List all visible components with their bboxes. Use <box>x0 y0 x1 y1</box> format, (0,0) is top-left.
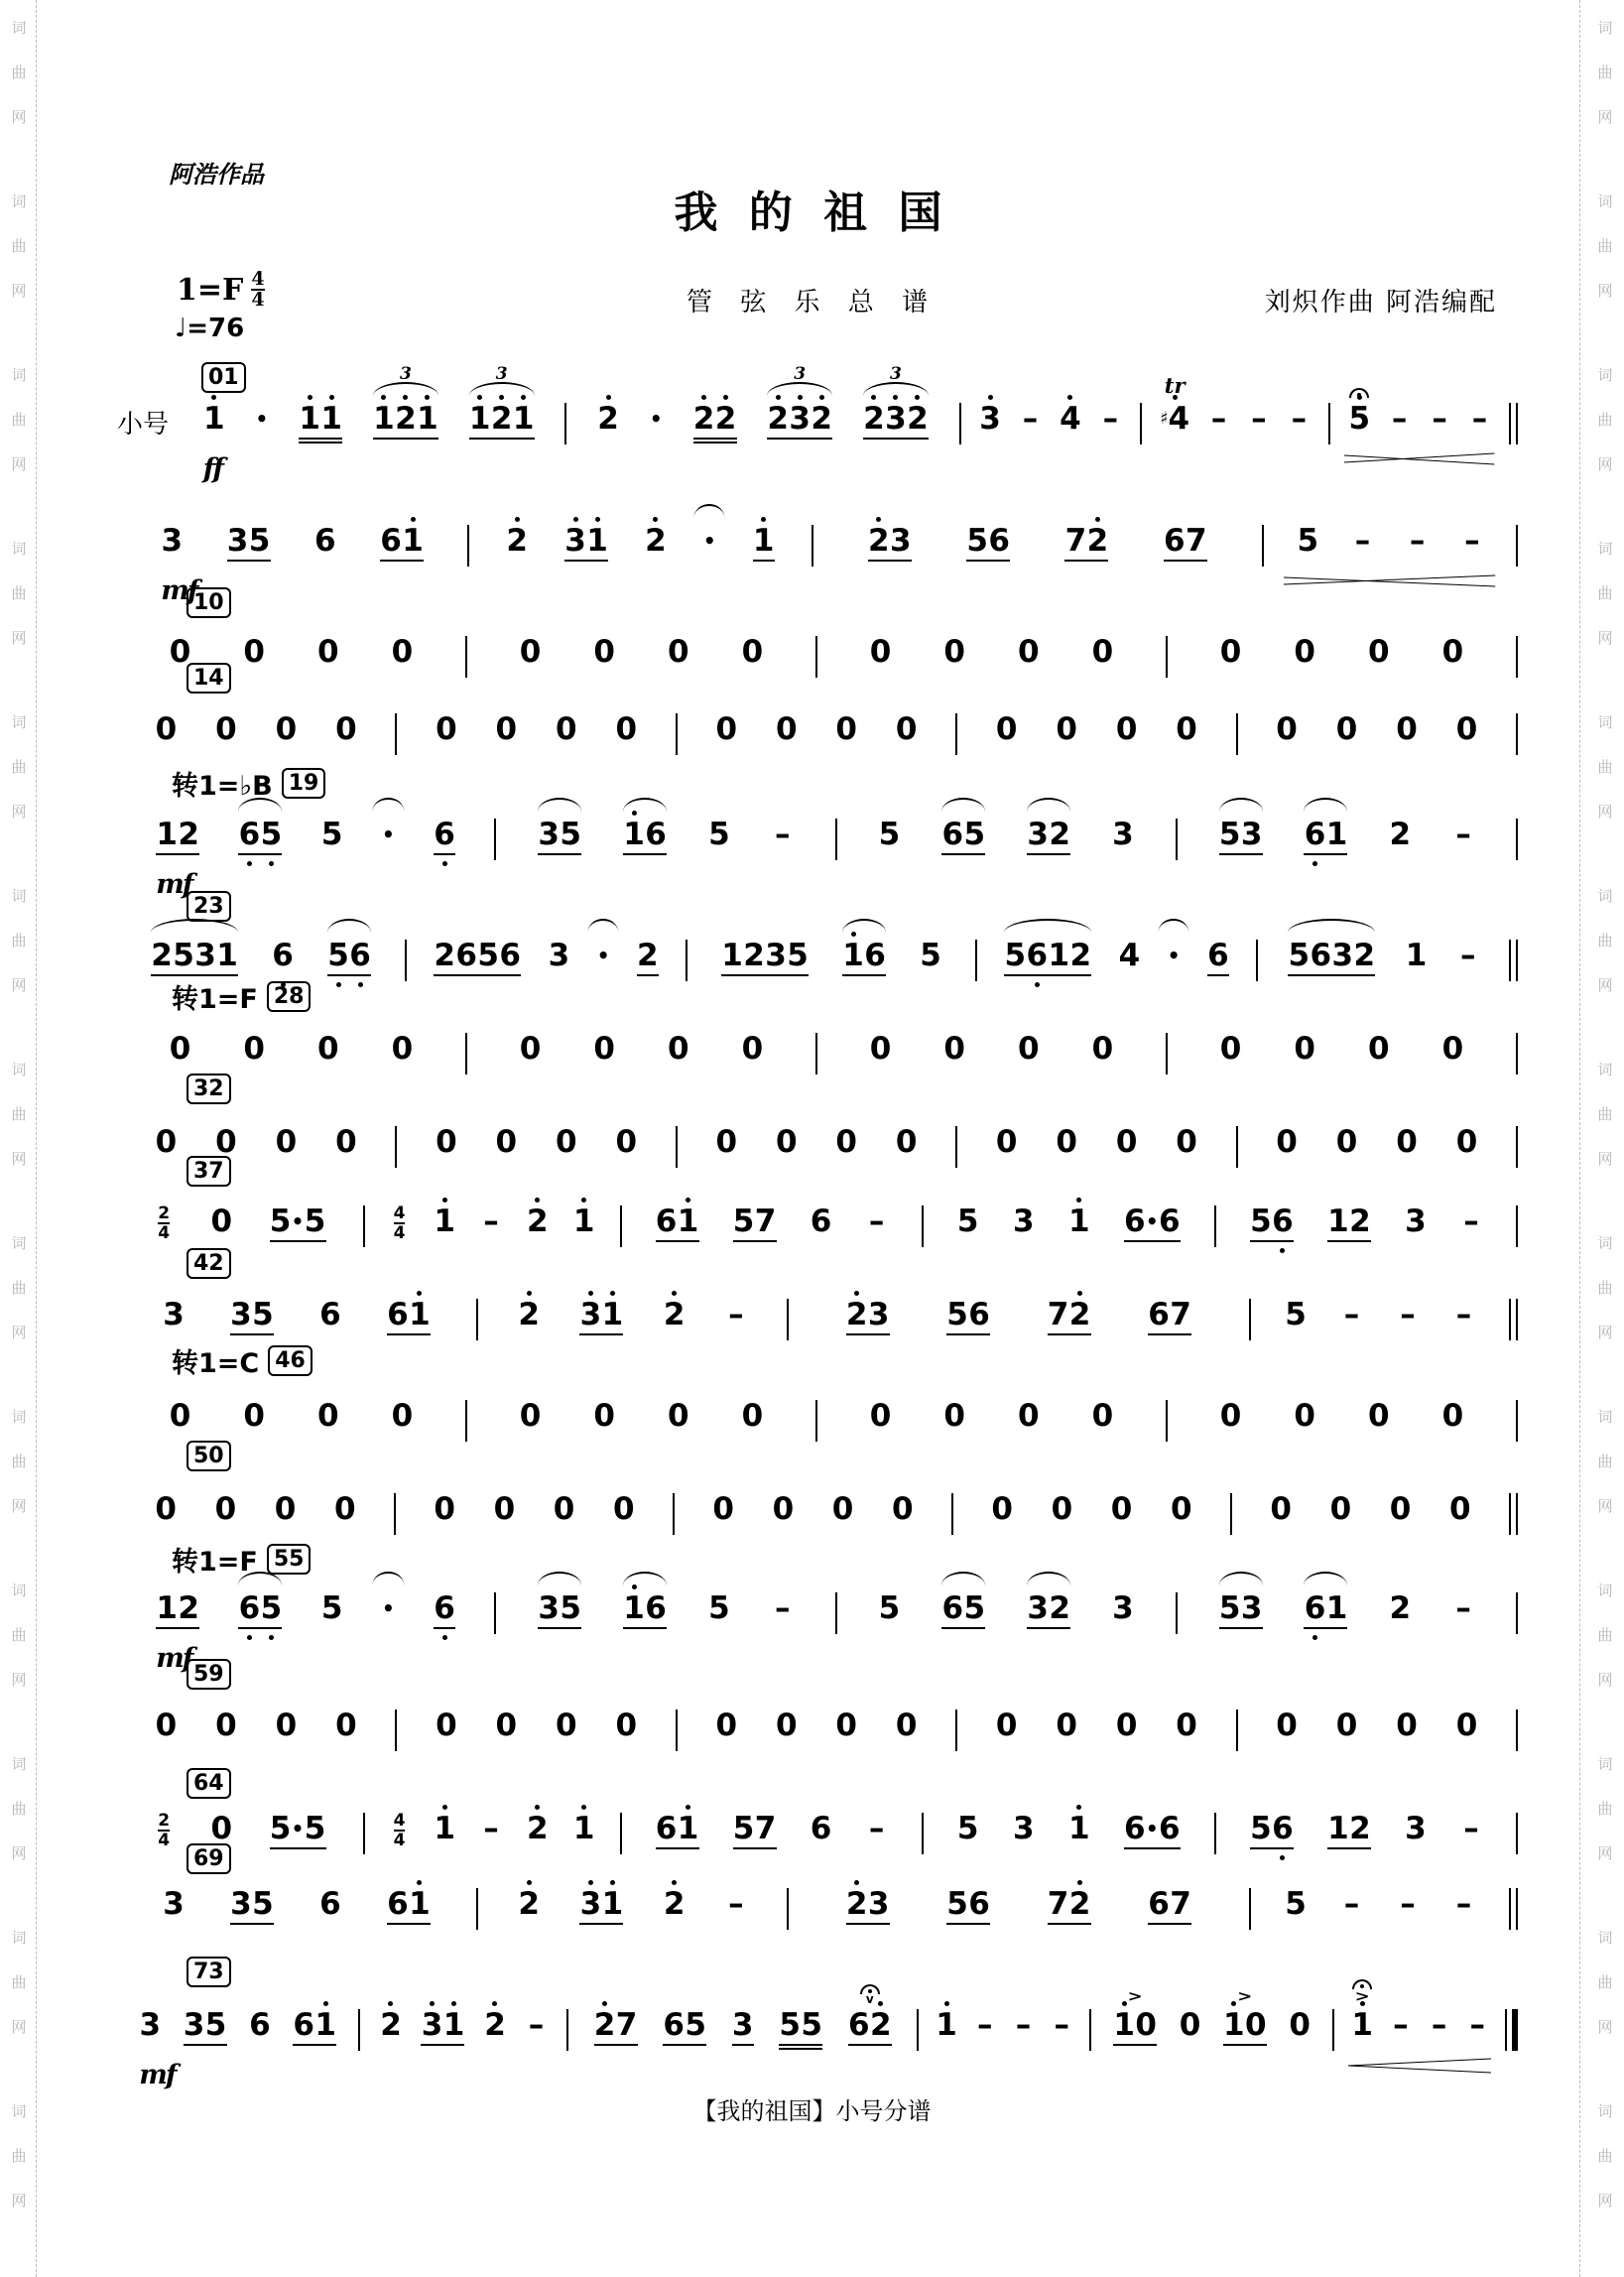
note: 6 <box>811 1195 832 1255</box>
note-group: 0 <box>896 1699 918 1759</box>
note-glyph: 5 <box>205 2009 227 2042</box>
beam-underlines <box>335 1159 357 1167</box>
note-group: 0 <box>668 625 689 686</box>
beam-underlines <box>835 1742 857 1750</box>
watermark-character: 曲 <box>6 1613 32 1658</box>
measure: 3mf35661 <box>117 514 467 574</box>
note-glyph: 2 <box>715 403 737 436</box>
note: 5 <box>560 1581 581 1642</box>
note-glyph: 2 <box>484 2009 506 2042</box>
note-group: 0 <box>317 625 339 686</box>
note: 1 <box>842 929 864 989</box>
beam-underlines <box>943 669 965 677</box>
note: 5 <box>305 1195 326 1255</box>
note-glyph: 2 <box>1087 525 1109 558</box>
ts-numerator: 4 <box>394 1812 406 1830</box>
watermark-character: 词 <box>1592 527 1618 571</box>
note-glyph: 0 <box>593 1033 615 1066</box>
beam-line <box>1064 560 1086 562</box>
note-glyph: 0 <box>1056 1126 1077 1159</box>
beam-line <box>1250 1847 1272 1849</box>
beam-underlines <box>409 1331 431 1339</box>
note: 2 <box>637 929 659 989</box>
note: 5 <box>957 1195 979 1255</box>
beam-line <box>1186 560 1207 562</box>
note: – <box>1288 392 1310 452</box>
beam-underlines <box>712 1526 734 1534</box>
measure: 2405•5 <box>117 1802 363 1862</box>
beam-underlines <box>255 436 268 443</box>
note: – <box>1390 1998 1412 2059</box>
watermark-character: 网 <box>6 443 32 487</box>
note-group: 5 <box>878 1581 900 1642</box>
measure-number-box: 28 <box>267 981 312 1012</box>
beam-underlines <box>243 669 265 677</box>
watermark-character: 网 <box>6 2179 32 2223</box>
note-group: 5 <box>1297 514 1318 574</box>
octave-dots-below <box>1312 859 1317 868</box>
note: 0 <box>715 702 737 763</box>
measure: 0000 <box>1232 1482 1509 1543</box>
note-group: – <box>1389 392 1411 452</box>
note-glyph: – <box>1392 403 1408 436</box>
note: 3 <box>227 514 249 574</box>
slur-arc <box>1027 1572 1070 1585</box>
note: 0 <box>1396 1115 1418 1176</box>
note: 0 <box>896 702 918 763</box>
watermark-gap <box>1592 487 1618 527</box>
beam-line <box>293 2044 314 2046</box>
note-group: 0 <box>1336 1115 1358 1176</box>
beam-line <box>1241 853 1263 855</box>
note: 0 <box>1171 1482 1192 1543</box>
beam-underlines <box>1397 1921 1419 1929</box>
note: 0 <box>1390 1482 1412 1543</box>
note-glyph: 0 <box>1336 1126 1358 1159</box>
beam-underlines <box>811 1238 832 1246</box>
beam-line <box>779 2044 801 2046</box>
note: 2 <box>527 1195 549 1255</box>
note: 1 <box>1068 1802 1090 1862</box>
beam-underlines <box>560 851 581 859</box>
note-glyph: 0 <box>1056 1709 1077 1742</box>
note: 0 <box>870 1022 892 1082</box>
beam-line <box>395 438 417 440</box>
note: 0 <box>870 1389 892 1450</box>
note-glyph: 0 <box>494 1493 516 1526</box>
beam-underlines <box>380 558 402 566</box>
note-glyph: • <box>1168 940 1181 972</box>
note-glyph: 0 <box>1111 1493 1133 1526</box>
note-group: 22 <box>693 392 737 452</box>
note-group: 0 <box>210 1195 232 1255</box>
note: 1 <box>1068 1195 1090 1255</box>
note-group: 3 <box>1013 1195 1035 1255</box>
note-group: 5 <box>708 808 730 868</box>
system-head: 转1=F28 <box>172 977 311 1016</box>
note-glyph: 3 <box>538 819 560 851</box>
beam-underlines <box>1048 972 1069 980</box>
beam-underlines <box>1241 851 1263 859</box>
note: 2 <box>1086 514 1108 574</box>
note-glyph: 3 <box>163 1299 185 1331</box>
note-glyph: 0 <box>996 713 1018 746</box>
beam-underlines <box>1012 2042 1034 2050</box>
note-group: – <box>1407 514 1429 574</box>
note-group: 2 <box>527 1195 549 1255</box>
note-glyph: 0 <box>554 1493 575 1526</box>
note: 0 <box>943 625 965 686</box>
system-row: 2405•5441–2161576–5316•656123– <box>117 1195 1518 1255</box>
watermark-gap <box>1592 140 1618 180</box>
note-glyph: 1 <box>1068 1205 1090 1238</box>
beam-underlines <box>1170 1331 1191 1339</box>
watermark-character: 曲 <box>6 2134 32 2179</box>
note-glyph: 0 <box>317 1400 339 1433</box>
beam-underlines <box>996 746 1018 754</box>
note: 6 <box>314 514 336 574</box>
note-group: 0 <box>1056 1115 1077 1176</box>
note: 0 <box>436 702 457 763</box>
note-group: 0 <box>776 1699 798 1759</box>
system-row: 00000000000000000000 <box>117 1115 1518 1176</box>
note: 5 <box>260 808 282 868</box>
measure: 12mf655•6 <box>117 1581 494 1642</box>
beam-underlines <box>1111 1526 1133 1534</box>
note: 6 <box>455 929 477 989</box>
note: 0 <box>1220 1389 1242 1450</box>
octave-dot <box>588 1291 593 1296</box>
note-group: 0 <box>495 1699 517 1759</box>
note-glyph: 3 <box>564 525 586 558</box>
beam-underlines <box>1146 1238 1159 1246</box>
note: 0 <box>556 702 577 763</box>
beam-line <box>868 1923 890 1925</box>
watermark-character: 词 <box>1592 874 1618 919</box>
beam-underlines <box>968 1331 990 1339</box>
note-glyph: 6 <box>1305 819 1326 851</box>
note-group: • <box>650 392 663 452</box>
measure: 0000 <box>1168 1389 1516 1450</box>
beam-line <box>753 560 775 562</box>
octave-dot <box>686 1198 690 1202</box>
note-glyph: 5 <box>1250 1205 1272 1238</box>
beam-underlines <box>1285 1331 1307 1339</box>
note-group: 65 <box>941 808 985 868</box>
note-group: 0 <box>870 625 892 686</box>
octave-dots-below <box>247 1633 252 1642</box>
watermark-character: 曲 <box>1592 1092 1618 1137</box>
note-group: 0 <box>495 702 517 763</box>
note-group: 5 <box>920 929 941 989</box>
instrument-label: 小号 <box>117 404 169 441</box>
note-glyph: 1 <box>402 525 424 558</box>
beam-underlines <box>314 558 336 566</box>
beam-underlines <box>776 1742 798 1750</box>
note-glyph: 5 <box>270 1205 292 1238</box>
note: – <box>1466 1998 1488 2059</box>
note-group: 0 <box>275 1115 297 1176</box>
note-group: 72 <box>1048 1877 1091 1938</box>
measure: 3mf35661 <box>117 1998 358 2059</box>
measure: 2•2223232323 <box>566 392 958 452</box>
octave-dot <box>492 2001 497 2006</box>
note-glyph: 0 <box>1176 1126 1197 1159</box>
note-glyph: 0 <box>1220 636 1242 669</box>
note-glyph: 5 <box>879 1592 901 1625</box>
beam-underlines <box>1348 436 1370 443</box>
note-group: 2 <box>664 1877 686 1938</box>
note: 1 <box>586 514 608 574</box>
beam-line <box>1325 853 1347 855</box>
beam-underlines <box>776 1159 798 1167</box>
watermark-gap <box>1592 1529 1618 1569</box>
measure: 276535562v <box>568 1998 917 2059</box>
note-glyph: 5 <box>327 940 349 972</box>
beam-line <box>205 2044 227 2046</box>
beam-underlines <box>556 1159 577 1167</box>
note: 0 <box>155 702 177 763</box>
beam-line <box>442 2044 464 2046</box>
octave-dots-below <box>358 980 363 989</box>
beam-line <box>1241 1627 1263 1629</box>
note: 0 <box>715 1699 737 1759</box>
note: 0 <box>1018 1389 1040 1450</box>
note-glyph: 6 <box>434 1592 455 1625</box>
note-group: 6 <box>434 1581 455 1642</box>
note-group: 0 <box>520 1022 542 1082</box>
measure: 0000 <box>678 702 955 763</box>
beam-underlines <box>495 1159 517 1167</box>
note-glyph: 1 <box>373 403 395 436</box>
note-glyph: • <box>256 403 269 436</box>
measure: 0000 <box>675 1482 951 1543</box>
note: • <box>597 929 610 989</box>
note-glyph: 5 <box>173 940 194 972</box>
note-group: 2 <box>380 1998 402 2059</box>
note-glyph: – <box>728 1299 744 1331</box>
beam-underlines <box>402 558 424 566</box>
note-glyph: 0 <box>715 1709 737 1742</box>
note-group: 0 <box>1018 625 1040 686</box>
note-group: 6•6 <box>1124 1802 1181 1862</box>
watermark-character: 曲 <box>1592 398 1618 443</box>
note: – <box>1397 1877 1419 1938</box>
note: 0 <box>996 1699 1018 1759</box>
note-glyph: 0 <box>1056 713 1077 746</box>
note: • <box>292 1195 305 1255</box>
note-glyph: 3 <box>163 1888 185 1921</box>
note-group: 0 <box>1051 1482 1072 1543</box>
measure: 0000 <box>817 1022 1166 1082</box>
beam-underlines <box>597 972 610 980</box>
beam-underlines <box>518 1331 540 1339</box>
beam-line <box>320 442 342 443</box>
octave-dot <box>336 982 341 987</box>
triplet-number: 3 <box>496 364 508 384</box>
note: 2 <box>484 1998 506 2059</box>
note-group: – <box>1452 808 1474 868</box>
note-glyph: 6 <box>1272 1205 1294 1238</box>
note-glyph: 0 <box>1052 1493 1073 1526</box>
octave-dot <box>854 1880 859 1885</box>
note: 0 <box>520 625 542 686</box>
system-head: 23 <box>187 891 231 922</box>
note: 6 <box>941 808 963 868</box>
beam-underlines <box>1020 436 1042 443</box>
note-group: 0 <box>335 1115 357 1176</box>
note-glyph: 3 <box>1013 1813 1035 1845</box>
beam-underlines <box>520 1433 542 1441</box>
watermark-character: 网 <box>6 2005 32 2050</box>
slur-arc <box>538 798 581 812</box>
beam-line <box>811 438 832 440</box>
note-glyph: – <box>1455 819 1471 851</box>
beam-underlines <box>320 436 342 443</box>
beam-underlines <box>835 1159 857 1167</box>
octave-dot <box>417 1880 422 1885</box>
octave-dot <box>527 1880 532 1885</box>
note-group: 31 <box>421 1998 464 2059</box>
watermark-gap <box>6 1355 32 1395</box>
beam-underlines <box>1441 669 1463 677</box>
beam-underlines <box>579 1331 601 1339</box>
note-group: 5 <box>1285 1877 1307 1938</box>
note: 3 <box>1013 1802 1035 1862</box>
note-glyph: 6 <box>968 1888 990 1921</box>
note-glyph: 6 <box>499 940 521 972</box>
beam-underlines <box>270 1845 292 1853</box>
beam-line <box>678 1240 699 1242</box>
beam-line <box>387 1333 409 1335</box>
beam-line <box>260 1627 282 1629</box>
beam-underlines <box>1068 1845 1090 1853</box>
note-group: 65 <box>663 1998 706 2059</box>
beam-underlines <box>878 1625 900 1633</box>
beam-underlines <box>946 1331 968 1339</box>
note: 7 <box>1170 1877 1191 1938</box>
beam-underlines <box>1004 972 1026 980</box>
octave-dot <box>723 395 728 400</box>
note-group: 56 <box>1250 1195 1294 1255</box>
note: 0 <box>275 1482 297 1543</box>
beam-line <box>513 438 535 440</box>
measure: ♯4tr––– <box>1142 392 1328 452</box>
note-glyph: 6 <box>645 1592 667 1625</box>
note: 2 <box>178 808 199 868</box>
note: 3 <box>579 1288 601 1348</box>
note-glyph: 3 <box>1241 819 1263 851</box>
note: 0 <box>593 1022 615 1082</box>
beam-line <box>733 1847 755 1849</box>
note-glyph: 0 <box>1276 1709 1298 1742</box>
note-glyph: 2 <box>743 940 765 972</box>
note: 2 <box>178 1581 199 1642</box>
watermark-character: 网 <box>6 95 32 140</box>
note-group: 0 <box>1441 1022 1463 1082</box>
note: 2 <box>434 929 455 989</box>
slur-arc <box>1219 1572 1263 1585</box>
beam-underlines <box>252 1921 274 1929</box>
note: 1 <box>434 1802 455 1862</box>
note-glyph: 6 <box>645 819 667 851</box>
note-glyph: 5 <box>1250 1813 1272 1845</box>
note: 1 <box>409 1288 431 1348</box>
note-group: 6 <box>434 808 455 868</box>
note-group: 5 <box>321 808 343 868</box>
system-row: 00000000000000000000 <box>117 702 1518 763</box>
octave-dot <box>442 1635 447 1640</box>
beam-underlines <box>335 746 357 754</box>
note-glyph: 0 <box>1330 1493 1352 1526</box>
beam-underlines <box>391 1433 413 1441</box>
note-glyph: 2 <box>846 1888 868 1921</box>
note-glyph: 5 <box>685 2009 706 2042</box>
measure-number-box: 59 <box>187 1659 231 1690</box>
beam-line <box>560 1627 581 1629</box>
note: 2 <box>527 1802 549 1862</box>
measure: 12mf655•6 <box>117 808 494 868</box>
beam-line <box>1146 1847 1159 1849</box>
note-glyph: 3 <box>1112 819 1134 851</box>
note-glyph: 0 <box>1396 1709 1418 1742</box>
watermark-gap <box>1592 1703 1618 1742</box>
beam-line <box>1207 974 1229 976</box>
beam-underlines <box>1208 436 1230 443</box>
note: • <box>1168 929 1181 989</box>
note: 0 <box>214 1482 236 1543</box>
beam-line <box>305 1847 326 1849</box>
note-glyph: 0 <box>742 1400 764 1433</box>
note-group: 0 <box>896 1115 918 1176</box>
note-glyph: 5 <box>879 819 901 851</box>
note-group: 2 <box>637 929 659 989</box>
measure: 56123– <box>1216 1195 1516 1255</box>
beam-underlines <box>1460 1238 1482 1246</box>
beam-underlines <box>1176 1742 1197 1750</box>
note-group: 10> <box>1223 1998 1267 2059</box>
octave-dot <box>442 861 447 866</box>
note-glyph: 6 <box>811 1813 832 1845</box>
note-glyph: 1 <box>314 2009 336 2042</box>
note: • <box>1146 1802 1159 1862</box>
note-glyph: 0 <box>556 1709 577 1742</box>
note-glyph: 0 <box>943 1033 965 1066</box>
beam-underlines <box>1148 1331 1170 1339</box>
note-glyph: ♯4 <box>1160 403 1189 436</box>
note-group: 0 <box>1441 625 1463 686</box>
note: 0 <box>896 1115 918 1176</box>
note: 1 <box>573 1195 595 1255</box>
note-group: 65 <box>941 1581 985 1642</box>
beam-underlines <box>1289 2042 1311 2050</box>
note-glyph: 2 <box>597 403 619 436</box>
note-glyph: 2 <box>870 2009 892 2042</box>
beam-line <box>477 974 499 976</box>
note-group: – <box>480 1802 502 1862</box>
note-glyph: 0 <box>613 1493 635 1526</box>
beam-underlines <box>573 1238 595 1246</box>
note: 5 <box>708 808 730 868</box>
beam-underlines <box>725 1921 747 1929</box>
beam-underlines <box>215 746 237 754</box>
beam-line <box>491 438 513 440</box>
note-group: 0 <box>668 1389 689 1450</box>
watermark-character: 词 <box>1592 1742 1618 1787</box>
beam-underlines <box>275 746 297 754</box>
octave-dots-below <box>269 859 274 868</box>
note-glyph: 1 <box>753 525 775 558</box>
